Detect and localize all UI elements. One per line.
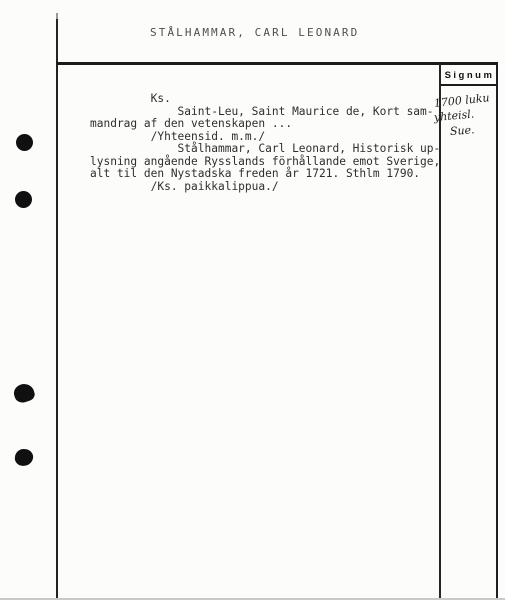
bibliographic-entry: Ks. Saint-Leu, Saint Maurice de, Kort sa… xyxy=(90,93,440,193)
punch-hole-icon xyxy=(15,191,32,208)
text-line: Stålhammar, Carl Leonard, Historisk up- xyxy=(90,143,440,156)
punch-hole-icon xyxy=(14,448,35,468)
signum-header-cell: Signum xyxy=(441,66,496,86)
punch-hole-icon xyxy=(12,381,37,404)
text-line: Ks. xyxy=(90,93,440,106)
text-line: /Ks. paikkalippua./ xyxy=(90,181,440,194)
signum-header-label: Signum xyxy=(443,70,495,81)
catalog-card-page: STÅLHAMMAR, CARL LEONARD Signum Ks. Sain… xyxy=(0,0,505,600)
note-line: Sue. xyxy=(450,122,497,139)
text-line: mandrag af den vetenskapen ... xyxy=(90,118,440,131)
signum-handwritten-note: 1700 luku yhteisl. Sue. xyxy=(434,97,496,139)
card-heading-author: STÅLHAMMAR, CARL LEONARD xyxy=(150,26,359,39)
punch-hole-icon xyxy=(16,134,33,151)
text-line: alt til den Nystadska freden år 1721. St… xyxy=(90,168,440,181)
